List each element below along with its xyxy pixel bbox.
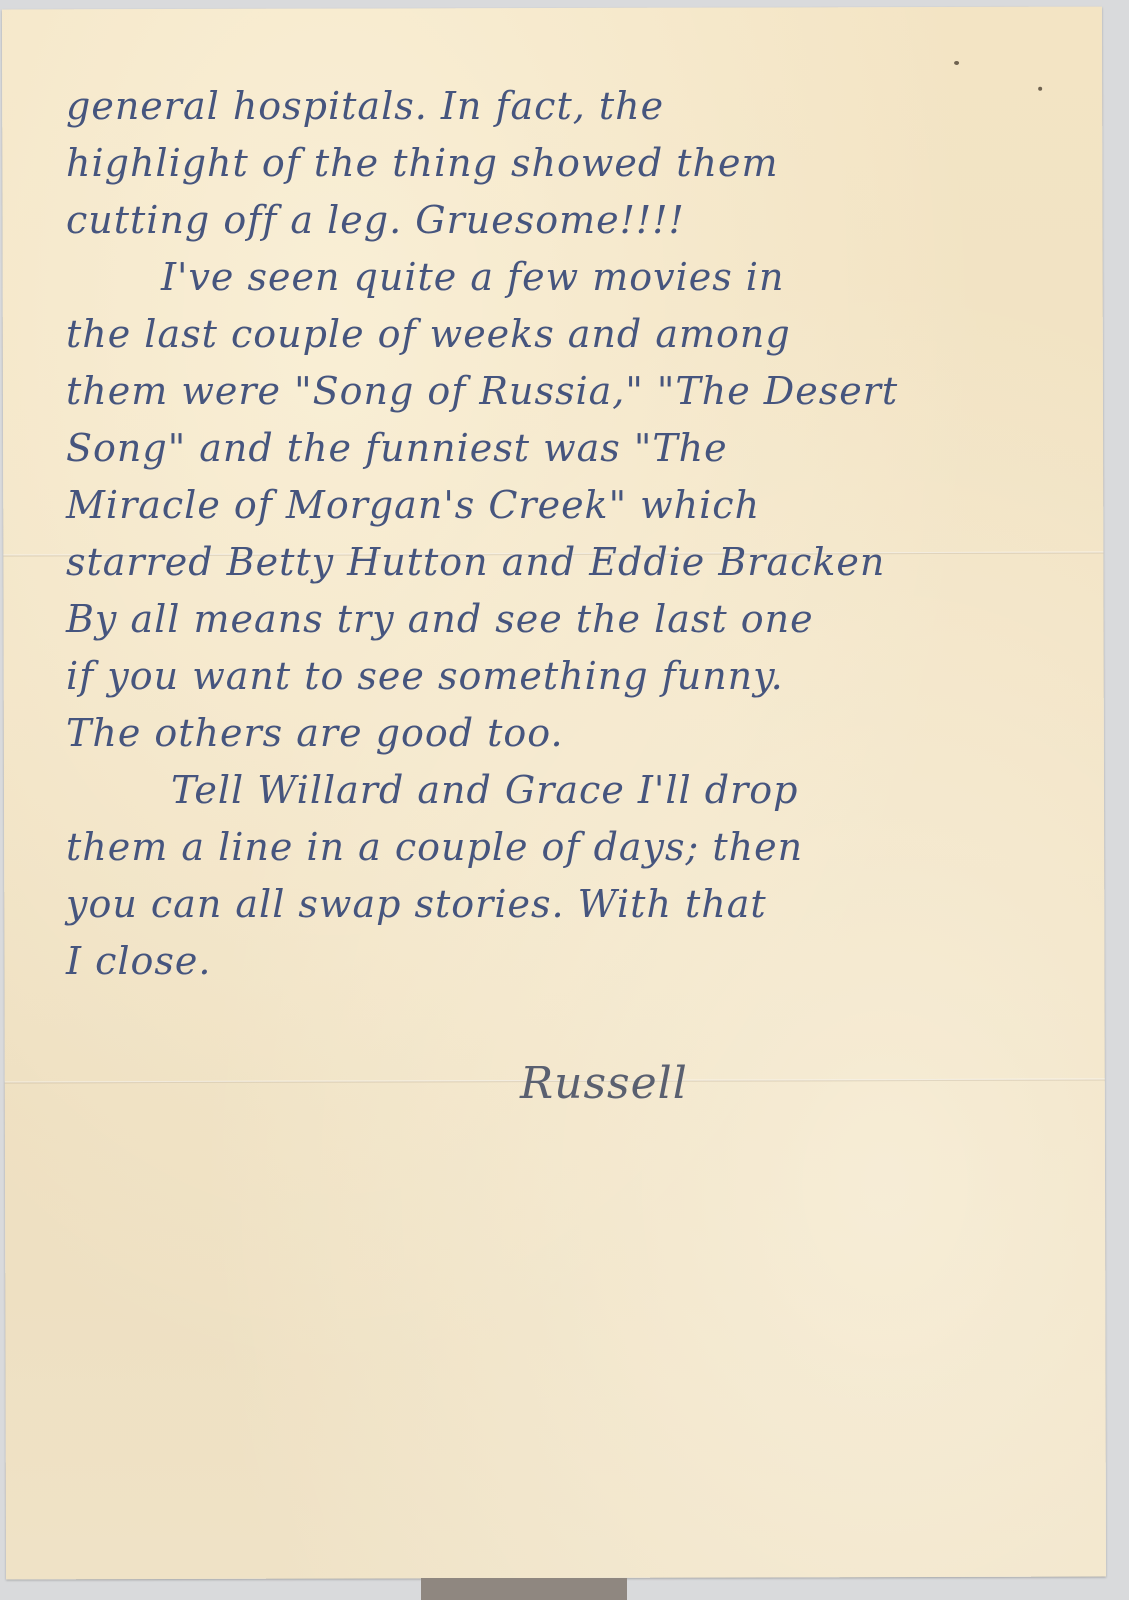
letter-line: I close. [66, 933, 1076, 990]
letter-line: I've seen quite a few movies in [66, 249, 1076, 306]
letter-line: cutting off a leg. Gruesome!!!! [66, 192, 1076, 249]
letter-line: them were "Song of Russia," "The Desert [66, 363, 1076, 420]
display-stand [421, 1578, 627, 1600]
letter-line: Miracle of Morgan's Creek" which [66, 477, 1076, 534]
letter-line: the last couple of weeks and among [66, 306, 1076, 363]
letter-line: highlight of the thing showed them [66, 135, 1076, 192]
letter-line: starred Betty Hutton and Eddie Bracken [66, 534, 1076, 591]
letter-line: By all means try and see the last one [66, 591, 1076, 648]
letter-line: The others are good too. [66, 705, 1076, 762]
letter-line: Tell Willard and Grace I'll drop [66, 762, 1076, 819]
paper-speck [954, 61, 959, 65]
letter-line: if you want to see something funny. [66, 648, 1076, 705]
signature: Russell [520, 1058, 688, 1109]
letter-body: general hospitals. In fact, the highligh… [66, 78, 1076, 990]
letter-line: general hospitals. In fact, the [66, 78, 1076, 135]
letter-line: Song" and the funniest was "The [66, 420, 1076, 477]
letter-line: you can all swap stories. With that [66, 876, 1076, 933]
letter-line: them a line in a couple of days; then [66, 819, 1076, 876]
